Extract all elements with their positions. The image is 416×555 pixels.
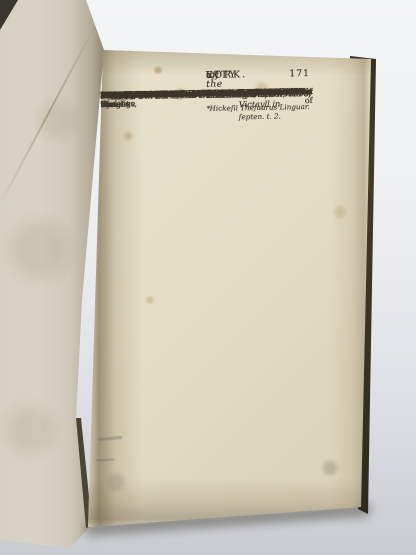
page-number: 171	[289, 70, 310, 79]
catchword: “ Kynges	[277, 88, 313, 97]
book-photo: of the CITY of YORK. 171 try People, by …	[0, 0, 416, 555]
page-text: of the CITY of YORK. 171 try People, by …	[100, 70, 313, 107]
